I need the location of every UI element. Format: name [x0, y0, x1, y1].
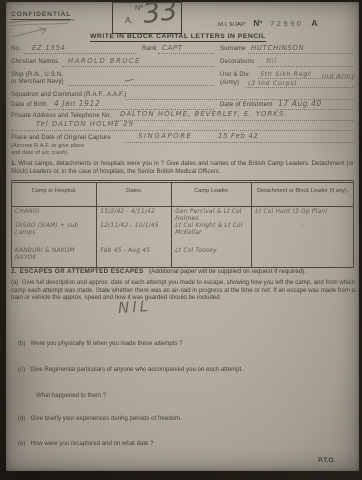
mi9-serial-line: M.I. 9/JAP:Nº72990A — [218, 13, 318, 31]
form-paper: CONFIDENTIAL Nº A. 33 M.I. 9/JAP:Nº72990… — [6, 2, 359, 471]
question2a-text: Give full description and approx. date o… — [11, 279, 355, 301]
field-surname-line — [248, 53, 353, 54]
field-dob-label: Date of Birth — [11, 102, 47, 108]
question2b-text: Were you physically fit when you made th… — [31, 340, 183, 347]
mi9-label: M.I. 9/JAP: — [218, 22, 246, 28]
question2c-text: Give Regimental particulars of anyone wh… — [30, 366, 243, 373]
field-unit-label2: (Army) — [220, 80, 239, 86]
field-surname-value: HUTCHINSON — [251, 44, 304, 52]
field-capture-date: 15 Feb 42 — [218, 132, 258, 140]
question2d-label: (d) — [18, 415, 25, 422]
serial-no-label: Nº — [253, 19, 262, 28]
field-unit-value-right: Ind Army — [322, 72, 356, 80]
question2c-followup: What happened to them ? — [36, 392, 106, 399]
question1-text: 1. What camps, detachments or hospitals … — [11, 160, 354, 175]
field-dob-value: 4 Jan 1912 — [54, 99, 100, 108]
field-surname-label: Surname — [220, 46, 246, 52]
field-capture-line — [124, 142, 353, 143]
stamp-prefix: A. — [125, 15, 133, 25]
serial-number: 72990 — [270, 19, 303, 28]
field-capture-label: Place and Date of Original Capture — [11, 135, 111, 141]
field-christian-names-value: HAROLD BRUCE — [68, 57, 141, 65]
field-ship-label2: or Merchant Navy) — [11, 79, 64, 85]
confidential-marking: CONFIDENTIAL — [11, 11, 71, 20]
question2-number: 2. — [11, 268, 16, 275]
field-address-value1: DALTON HOLME, BEVERLEY, E. YORKS. — [120, 110, 288, 118]
document-photo: CONFIDENTIAL Nº A. 33 M.I. 9/JAP:Nº72990… — [0, 0, 362, 480]
question2d: (d) Give briefly your experiences during… — [18, 415, 182, 422]
col-leader: Gen Percival & Lt Col Holmes Lt Col Knig… — [172, 207, 252, 267]
field-capture-note2: and date of a/c crash). — [11, 150, 69, 156]
paper-stain — [6, 302, 56, 462]
leader-cell: Lt Col Toosey — [175, 248, 248, 266]
question1-number: 1. — [11, 160, 16, 167]
field-rank-label: Rank — [142, 46, 157, 52]
question2a: (a) Give full description and approx. da… — [11, 279, 355, 302]
question2b-label: (b) — [18, 340, 25, 347]
field-decorations-line — [258, 66, 353, 67]
field-enlistment-label: Date of Enlistment — [220, 102, 273, 108]
question2a-label: (a) — [11, 279, 18, 286]
camps-table-header: Camp or Hospital. Dates. Camp Leader. De… — [12, 183, 353, 207]
question2c-label: (c) — [18, 366, 25, 373]
dates-cell: 15/2/42 - 4/11/42 — [100, 209, 168, 223]
field-squadron-label: Squadron and Command (R.A.F., A.A.F.) — [11, 92, 126, 98]
field-capture-note1: (Aircrew R.A.F. to give place — [11, 143, 85, 149]
field-christian-names-label: Christian Names — [11, 59, 58, 65]
field-unit-value2: (3 Ind Corps) — [248, 79, 297, 87]
field-rank-line — [158, 53, 214, 54]
col-camp-header: Camp or Hospital. — [12, 183, 97, 206]
field-capture-place: SINGAPORE — [138, 132, 192, 140]
field-ship-label: Ship (R.N., U.S.N. — [11, 72, 63, 78]
detachment-cell: - — [255, 223, 350, 248]
field-enlistment-line — [276, 109, 353, 110]
leader-cell: Gen Percival & Lt Col Holmes — [175, 209, 248, 223]
camp-cell: TASAO (SIAM) + sub camps — [15, 223, 93, 248]
question2-title: ESCAPES OR ATTEMPTED ESCAPES — [20, 268, 144, 275]
field-unit-line2 — [246, 87, 353, 88]
field-address-line1 — [114, 120, 353, 121]
form-title: WRITE IN BLOCK CAPITAL LETTERS IN PENCIL — [90, 33, 266, 42]
field-ship-value: — — [123, 74, 135, 87]
field-no-line — [24, 53, 136, 54]
col-dates-header: Dates. — [97, 183, 172, 206]
field-no-value: EZ 1354 — [32, 44, 65, 52]
field-decorations-value: Nil — [266, 57, 277, 65]
camp-cell: CHANGI — [15, 209, 93, 223]
question2e-text: How were you recaptured and on what date… — [31, 440, 154, 447]
question2d-text: Give briefly your experiences during per… — [31, 415, 182, 422]
field-rank-value: CAPT — [162, 44, 183, 52]
field-enlistment-value: 17 Aug 40 — [278, 99, 322, 108]
field-no-label: No. — [11, 46, 21, 52]
pencil-scribble-icon — [7, 15, 87, 41]
question2a-answer-handwritten: NIL — [117, 297, 151, 317]
question2e-label: (e) — [18, 440, 25, 447]
question2c: (c) Give Regimental particulars of anyon… — [18, 366, 243, 373]
field-address-value2: Tel DALTON HOLME 29 — [36, 120, 134, 128]
page-turn-over: P.T.O. — [318, 457, 335, 464]
col-detachment: Lt Col Hunt (3 Gp Plan) - — [252, 207, 353, 267]
stamp-number-handwritten: 33 — [141, 2, 179, 30]
camps-table: Camp or Hospital. Dates. Camp Leader. De… — [11, 180, 354, 268]
col-camp: CHANGI TASAO (SIAM) + sub camps KANBURI … — [12, 207, 97, 267]
field-unit-value: 5th Sikh Regt — [260, 70, 311, 78]
field-address-line2 — [11, 130, 353, 131]
field-decorations-label: Decorations — [220, 59, 254, 65]
serial-suffix: A — [311, 18, 317, 28]
serial-stamp-box: Nº A. 33 — [112, 2, 182, 34]
question2-note: (Additional paper will be supplied on re… — [149, 268, 306, 275]
detachment-cell: Lt Col Hunt (3 Gp Plan) — [255, 209, 350, 223]
question1-body: What camps, detachments or hospitals wer… — [11, 160, 354, 175]
question2e: (e) How were you recaptured and on what … — [18, 440, 154, 447]
field-unit-label: Unit & Div. — [220, 72, 250, 78]
col-leader-header: Camp Leader. — [172, 183, 252, 206]
field-ship-line — [68, 85, 214, 86]
dates-cell: 12/11/42 - 10/1/45 — [100, 223, 168, 248]
camps-table-body: CHANGI TASAO (SIAM) + sub camps KANBURI … — [12, 207, 353, 267]
col-detachment-header: Detachment or Block Leader (if any). — [252, 183, 353, 206]
camp-cell: KANBURI & NAKOM NAYOK — [15, 248, 93, 266]
dates-cell: Feb 45 - Aug 45 — [100, 248, 168, 266]
field-christian-names-line — [62, 66, 214, 67]
col-dates: 15/2/42 - 4/11/42 12/11/42 - 10/1/45 Feb… — [97, 207, 172, 267]
field-address-label: Private Address and Telephone No. — [11, 113, 112, 119]
detachment-cell — [255, 248, 350, 266]
leader-cell: Lt Col Knight & Lt Col McKellar — [175, 223, 248, 248]
question2-heading: 2. ESCAPES OR ATTEMPTED ESCAPES (Additio… — [11, 268, 306, 275]
question2b: (b) Were you physically fit when you mad… — [18, 340, 183, 347]
